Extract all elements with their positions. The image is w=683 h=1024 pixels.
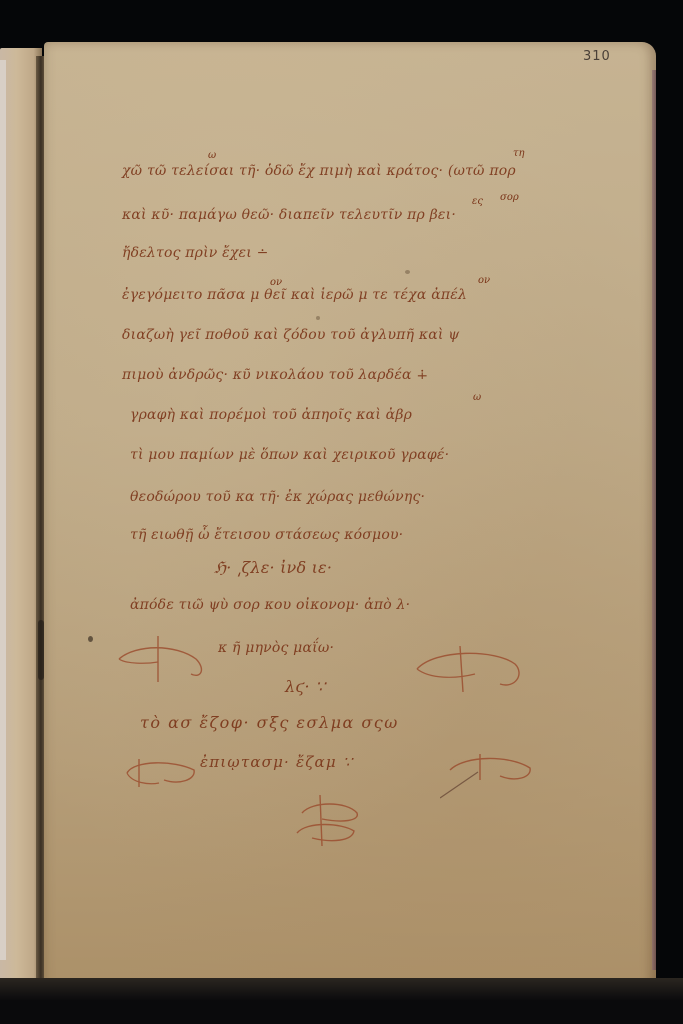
text-line-8: τὶ μου παμίων μὲ ὅπων καὶ χειρικοῦ γραφέ… xyxy=(130,447,449,463)
text-line-1: χῶ τῶ τελείσαι τῆ· ὁδῶ ἔχ πιμὴ καὶ κράτο… xyxy=(122,163,516,179)
folio-number: 310 xyxy=(583,49,611,64)
manuscript-page xyxy=(44,42,656,997)
date-line: ℌ· ͵ζλε· ἰνδ ιε· xyxy=(214,558,332,577)
superscript: ον xyxy=(478,275,490,286)
superscript: σορ xyxy=(500,192,519,203)
monogram-icon xyxy=(292,793,364,848)
cross-flourish-left-icon xyxy=(116,634,216,684)
superscript: ω xyxy=(208,150,216,161)
bottom-shadow xyxy=(0,978,683,1024)
cipher-line-2: ἐπιῳτασμ· ἔζαμ ∵ xyxy=(200,753,354,771)
cipher-line-1: τὸ ασ ἔζοφ· σξς εσλμα σςω xyxy=(140,713,399,732)
text-line-9: θεοδώρου τοῦ κα τῆ· ἐκ χώρας μεθώνης· xyxy=(130,489,425,505)
text-line-6: πιμοὺ ἀνδρῶς· κῦ νικολάου τοῦ λαρδέα ∔ xyxy=(122,367,428,383)
cross-flourish-lower-left-icon xyxy=(124,755,199,791)
superscript: ον xyxy=(270,277,282,288)
cross-flourish-lower-right-icon xyxy=(440,750,535,800)
superscript: ω xyxy=(473,392,481,403)
binding-gutter xyxy=(36,56,44,986)
page-edge xyxy=(652,70,656,970)
text-line-2: καὶ κῦ· παμάγω θεῶ· διαπεῖν τελευτῖν πρ … xyxy=(122,207,456,223)
closing-line: ἀπόδε τιῶ ψὺ σορ κου οἰκονομ· ἀπὸ λ· xyxy=(130,597,410,613)
previous-leaf-edge xyxy=(0,60,6,960)
month-line: κ ῆ μηνὸς μαΐω· xyxy=(218,640,334,656)
ink-stain xyxy=(316,316,320,320)
text-line-7: γραφὴ καὶ πορέμοὶ τοῦ ἀπηοῖς καὶ ἀβρ xyxy=(130,407,412,423)
gutter-stain xyxy=(38,620,44,680)
cross-flourish-right-icon xyxy=(415,644,527,694)
superscript: ες xyxy=(472,196,483,207)
text-line-10: τῆ ειωθῇ ὧ ἔτεισου στάσεως κόσμου· xyxy=(130,527,403,543)
text-line-4: ἐγεγόμειτο πᾶσα μ θεῖ καὶ ἱερῶ μ τε τέχα… xyxy=(122,287,467,303)
text-line-5: διαζωὴ γεῖ ποθοῦ καὶ ζόδου τοῦ ἀγλυπῆ κα… xyxy=(122,327,459,343)
short-line: λϛ· ∵ xyxy=(285,677,325,696)
superscript: τη xyxy=(513,148,525,159)
ink-stain xyxy=(88,636,93,642)
ink-stain xyxy=(405,270,410,274)
text-line-3: ἤδελτος πρὶν ἔχει ∸ xyxy=(122,245,269,261)
